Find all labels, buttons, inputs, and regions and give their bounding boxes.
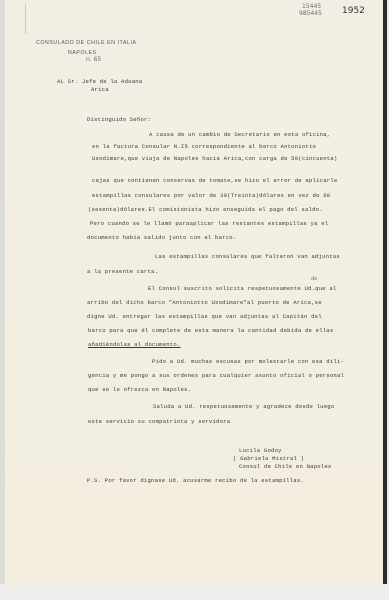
signature-pen-name: ( Gabriela Mistral ) [233,455,304,462]
body-line: documento había salido junto con el barc… [87,234,236,241]
body-line: barco para que él complete de esta maner… [88,327,333,334]
body-line: este servicio su compatriota y servidora [88,418,230,425]
addressee-line-2: Arica [91,86,109,93]
letterhead-consulate: CONSULADO DE CHILE EN ITALIA [36,40,137,46]
body-line: estampillas consulares por valor de 30(T… [92,192,330,199]
archive-year: 1952 [342,6,365,16]
body-line: Las estampillas consulares que faltaron … [155,253,340,260]
body-line: Pido a Ud. muchas escusas por molestarle… [152,358,344,365]
body-line: Saluda a Ud. respetuosamente y agradece … [153,403,334,410]
body-line: cajas que contienen conservas de tomate,… [92,177,337,184]
scan-bottom-strip [0,584,389,600]
body-line: digne Ud. entregar las estampillas que v… [87,313,322,320]
body-line: gencia y me pongo a sus ordenes para cua… [88,372,344,379]
body-line: en la factura Consular N.I5 correspondie… [92,143,316,150]
letter-page [5,0,387,584]
handwritten-insert: de [311,276,317,282]
body-line: (sesenta)dólares.El comisionista hizo en… [88,206,323,213]
body-line: que se le ofrezca en Napoles. [88,386,191,393]
faded-stamp-mark [25,4,66,34]
body-line: Pero cuando se le llamó paraaplicar las … [90,220,328,227]
catalog-number-1: 15445 [302,3,321,10]
signature-name: Lucila Godoy [239,447,282,454]
body-line: arribo del dicho barco "Antoniotto Usodi… [87,299,322,306]
body-line: A causa de un cambio de Secretario en es… [149,131,330,138]
addressee-line-1: AL Sr. Jefe de la Aduana [57,78,142,85]
body-line: Usodimare,que viaja de Napoles hacia Ari… [92,155,337,162]
postscript: P.S. Por favor dignase Ud. acusarme reci… [87,477,304,484]
catalog-number-2: 985445 [299,10,322,17]
body-line: El Consul suscrito solicita respetuosame… [148,285,337,292]
folio-number: n. 65 [86,56,101,63]
signature-title: Consul de Chile en Napoles [239,463,331,470]
body-line: a la presente carta. [87,268,158,275]
body-line: añadiéndolas al documento. [88,341,180,348]
salutation: Distinguido Señor: [87,116,151,123]
